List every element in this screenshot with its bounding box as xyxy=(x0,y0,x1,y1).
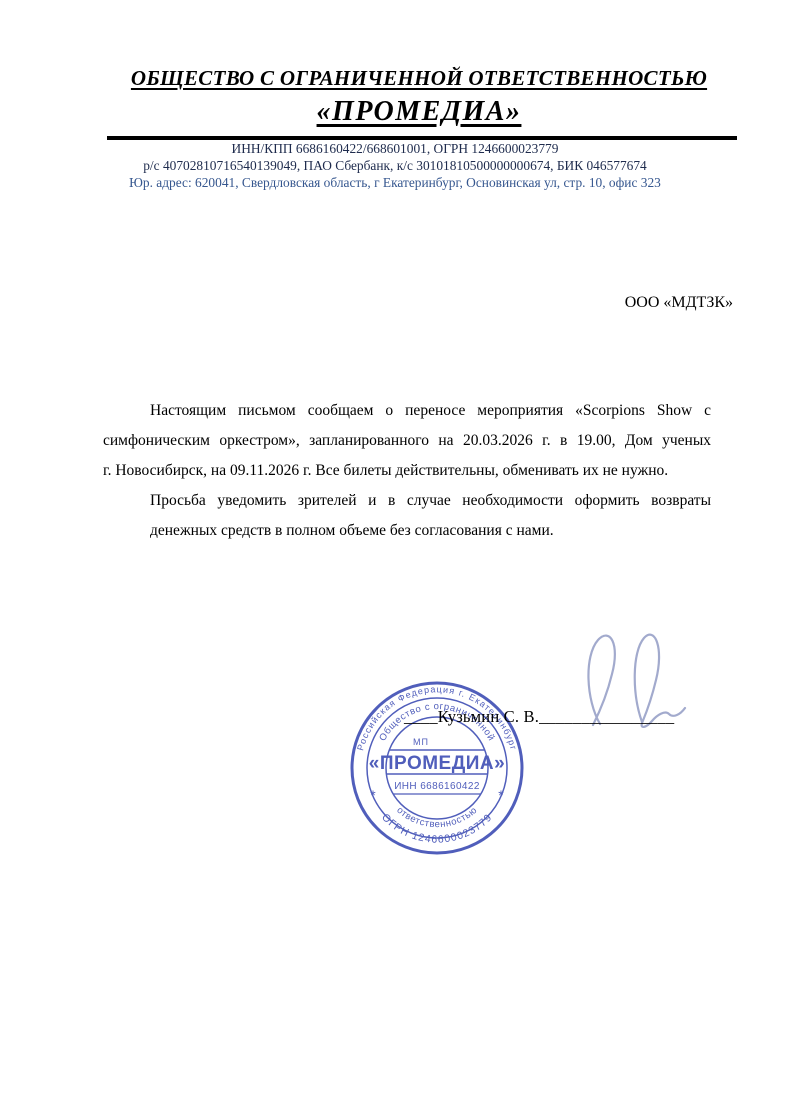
inn-kpp-ogrn-line: ИНН/КПП 6686160422/668601001, ОГРН 12466… xyxy=(74,141,716,158)
stamp-star-right: * xyxy=(498,787,504,803)
header-divider-rule xyxy=(107,136,737,140)
org-type-title: ОБЩЕСТВО С ОГРАНИЧЕННОЙ ОТВЕТСТВЕННОСТЬЮ xyxy=(98,64,740,92)
stamp-outer-top-text: Российская Федерация г. Екатеринбург xyxy=(355,684,519,751)
company-stamp: Российская Федерация г. Екатеринбург ОГР… xyxy=(347,678,527,858)
signature-stroke xyxy=(635,635,685,727)
letterhead-details: ИНН/КПП 6686160422/668601001, ОГРН 12466… xyxy=(74,141,716,192)
handwritten-signature xyxy=(540,626,690,738)
paragraph-1-line: симфоническим оркестром», запланированно… xyxy=(103,426,711,456)
paragraph-2-line: денежных средств в полном объеме без сог… xyxy=(103,516,711,546)
org-name-title: «ПРОМЕДИА» xyxy=(98,94,740,130)
signature-stroke xyxy=(588,636,614,725)
bank-details-line: р/с 40702810716540139049, ПАО Сбербанк, … xyxy=(74,158,716,175)
stamp-mp-label: МП xyxy=(413,737,429,747)
paragraph-2-line: Просьба уведомить зрителей и в случае не… xyxy=(103,486,711,516)
stamp-company-name: «ПРОМЕДИА» xyxy=(369,753,505,774)
paragraph-1-line: Настоящим письмом сообщаем о переносе ме… xyxy=(103,396,711,426)
recipient: ООО «МДТЗК» xyxy=(625,294,733,312)
letter-body: Настоящим письмом сообщаем о переносе ме… xyxy=(103,396,711,546)
paragraph-1-line: г. Новосибирск, на 09.11.2026 г. Все бил… xyxy=(103,456,711,486)
stamp-inn-text: ИНН 6686160422 xyxy=(394,781,480,792)
stamp-inner-top-text: Общество с ограниченной xyxy=(377,701,497,743)
letterhead: ОБЩЕСТВО С ОГРАНИЧЕННОЙ ОТВЕТСТВЕННОСТЬЮ… xyxy=(98,64,740,130)
stamp-star-left: * xyxy=(370,787,376,803)
letter-document: ОБЩЕСТВО С ОГРАНИЧЕННОЙ ОТВЕТСТВЕННОСТЬЮ… xyxy=(0,0,789,1114)
legal-address-line: Юр. адрес: 620041, Свердловская область,… xyxy=(74,175,716,192)
